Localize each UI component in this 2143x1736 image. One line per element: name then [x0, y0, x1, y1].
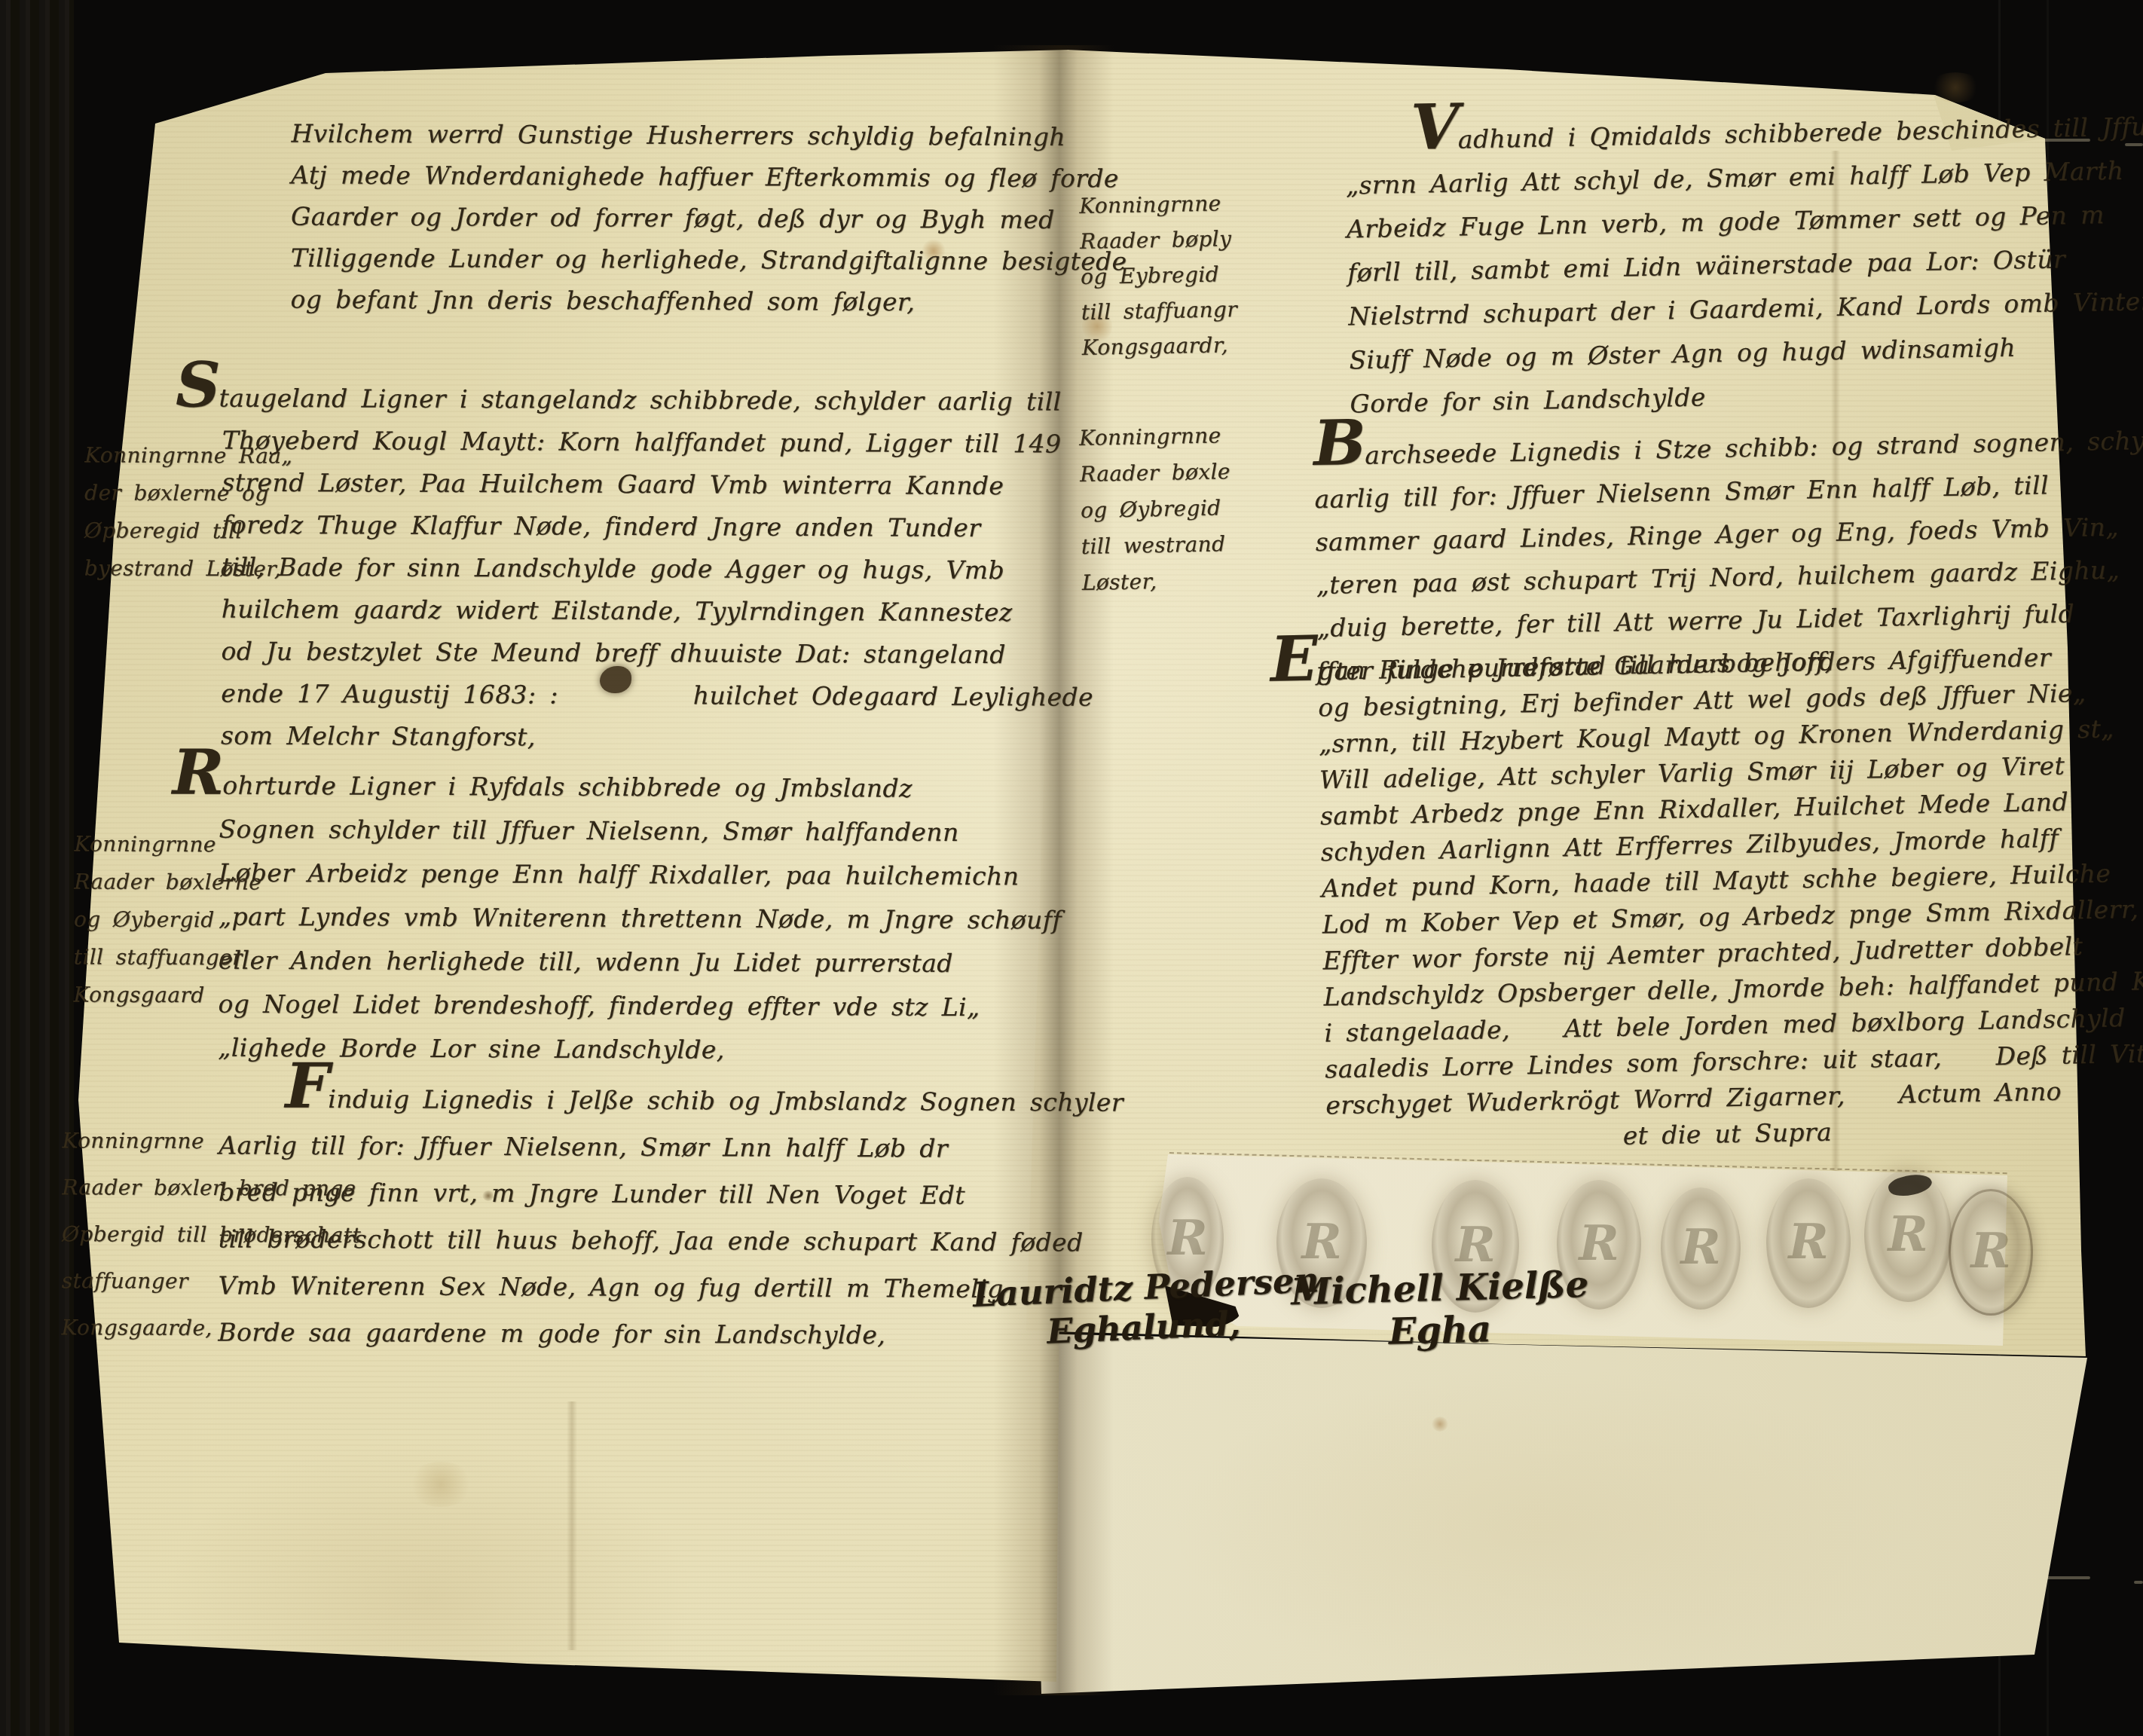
handwritten-paragraph-intro: Hvilchem werrd Gunstige Husherrers schyl…	[290, 113, 1127, 324]
stain	[1432, 1417, 1448, 1432]
backdrop-scratch	[2134, 1581, 2143, 1584]
seal-monogram: R	[1680, 1219, 1720, 1276]
hand-line: Michell Kielße	[1291, 1264, 1589, 1313]
hand-line: og Øybregid	[1081, 490, 1232, 529]
hand-line: Tilliggende Lunder og herlighede, Strand…	[291, 237, 1127, 283]
hand-line: Konningrnne Raa„	[84, 436, 292, 475]
hand-line: till westrand	[1081, 526, 1232, 565]
hand-line: Atj mede Wnderdanighede haffuer Efterkom…	[291, 154, 1127, 200]
hand-line: Kongsgaardr,	[1081, 327, 1238, 365]
hand-line: Thøyeberd Kougl Maytt: Korn halffandet p…	[176, 419, 1095, 465]
hand-line: Hvilchem werrd Gunstige Husherrers schyl…	[291, 113, 1127, 158]
margin-note-left-2: KonningrnneRaader bøxlerneog Øybergidtil…	[73, 825, 261, 1014]
hand-line: Løber Arbeidz penge Enn halff Rixdaller,…	[172, 851, 1062, 898]
hand-line: Gaarder og Jorder od forrer føgt, deß dy…	[291, 196, 1127, 241]
seal-monogram: R	[1455, 1217, 1495, 1273]
margin-note-right-1: KonningrnneRaader bøplyog Eybregidtill s…	[1079, 185, 1239, 365]
hand-line: till, Bade for sinn Landschylde gode Agg…	[175, 546, 1094, 591]
handwritten-paragraph-closing: Effter fuldche Judførte Gaarderbog Jorde…	[1270, 625, 2143, 1160]
hand-line: foredz Thuge Klaffur Nøde, finderd Jngre…	[175, 503, 1094, 549]
hand-line: Raader bøxle	[1080, 454, 1231, 493]
hand-line: som Melchr Stangforst,	[174, 714, 1093, 760]
manuscript-photograph: Hvilchem werrd Gunstige Husherrers schyl…	[0, 0, 2143, 1736]
hand-line: og Eybregid	[1081, 256, 1237, 295]
handwritten-paragraph-staugeland: Staugeland Ligner i stangelandz schibbre…	[174, 368, 1095, 760]
hand-line: till staffuangr	[1081, 292, 1237, 330]
hand-line: Løster,	[1081, 562, 1233, 601]
signature-michell-kielsse: Michell KielßeEgha	[1291, 1264, 1591, 1355]
hand-line: Konningrnne	[1079, 417, 1230, 457]
margin-note-left-3: KonningrnneRaader bøxlen bred pngeØpberg…	[61, 1117, 362, 1352]
seal-monogram: R	[1788, 1214, 1828, 1270]
hand-line: Raader bøply	[1080, 221, 1237, 259]
wax-seal-impression: R	[1949, 1189, 2033, 1316]
hand-line: Egha	[1292, 1306, 1590, 1355]
seal-monogram: R	[1970, 1223, 2010, 1279]
backdrop-left-band	[0, 0, 74, 1736]
hand-line: Finduig Lignedis i Jelße schib og Jmbsla…	[219, 1069, 1124, 1126]
hand-line: Rohrturde Ligner i Ryfdals schibbrede og…	[173, 756, 1062, 811]
wax-seal-impression: R	[1766, 1178, 1851, 1308]
margin-note-right-2: KonningrnneRaader bøxleog Øybregidtill w…	[1079, 417, 1233, 601]
hand-line: byestrand Løster,	[84, 549, 292, 588]
seal-monogram: R	[1888, 1206, 1927, 1263]
stain	[407, 1462, 475, 1507]
hand-line: Kongsgaard	[73, 976, 261, 1014]
hand-line: Kongsgaarde,	[61, 1304, 360, 1352]
hand-line: ende 17 Augustij 1683: : huilchet Odegaa…	[174, 672, 1093, 718]
hand-line: „part Lyndes vmb Wniterenn threttenn Nød…	[172, 894, 1062, 942]
hand-line: od Ju bestzylet Ste Meund breff dhuuiste…	[174, 630, 1093, 676]
seal-monogram: R	[1167, 1210, 1207, 1267]
hand-line: Konningrnne	[1079, 185, 1236, 224]
hand-line: Staugeland Ligner i stangelandz schibbre…	[176, 368, 1095, 423]
hand-line: der bøxlerne og	[84, 474, 292, 512]
handwritten-paragraph-vadhund: Vadhund i Qmidalds schibberede beschinde…	[1344, 96, 2143, 426]
hand-line: huilchem gaardz widert Eilstande, Tyylrn…	[175, 588, 1094, 634]
hand-line: Øpberegid till	[84, 512, 292, 550]
hand-line: Øpbergid till brøderschatt	[62, 1211, 361, 1259]
signature-lauridtz-pedersen: Lauridtz PedersenEghalund,	[972, 1260, 1322, 1355]
hand-line: Raader bøxlerne	[74, 863, 261, 901]
hand-line: Konningrnne	[62, 1117, 361, 1166]
margin-note-left-1: Konningrnne Raa„der bøxlerne ogØpberegid…	[84, 436, 293, 588]
hand-line: og Nogel Lidet brendeshoff, finderdeg ef…	[171, 982, 1061, 1029]
hand-line: Sognen schylder till Jffuer Nielsenn, Sm…	[172, 807, 1062, 854]
hand-line: Konningrnne	[74, 825, 261, 863]
hand-line: og Øybergid	[74, 900, 261, 939]
wax-seal-impression: R	[1661, 1187, 1741, 1310]
hand-line: og befant Jnn deris beschaffenhed som fø…	[290, 279, 1127, 324]
hand-line: eller Anden herlighede till, wdenn Ju Li…	[172, 938, 1062, 986]
hand-line: till staffuanger	[74, 938, 261, 976]
stain	[1929, 72, 1982, 102]
hand-line: staffuanger	[62, 1258, 361, 1306]
hand-line: strend Løster, Paa Huilchem Gaard Vmb wi…	[175, 461, 1094, 507]
hand-line: Raader bøxlen bred pnge	[62, 1164, 361, 1212]
fold-crease	[567, 1401, 577, 1650]
handwritten-paragraph-rohrturde: Rohrturde Ligner i Ryfdals schibbrede og…	[171, 756, 1062, 1073]
